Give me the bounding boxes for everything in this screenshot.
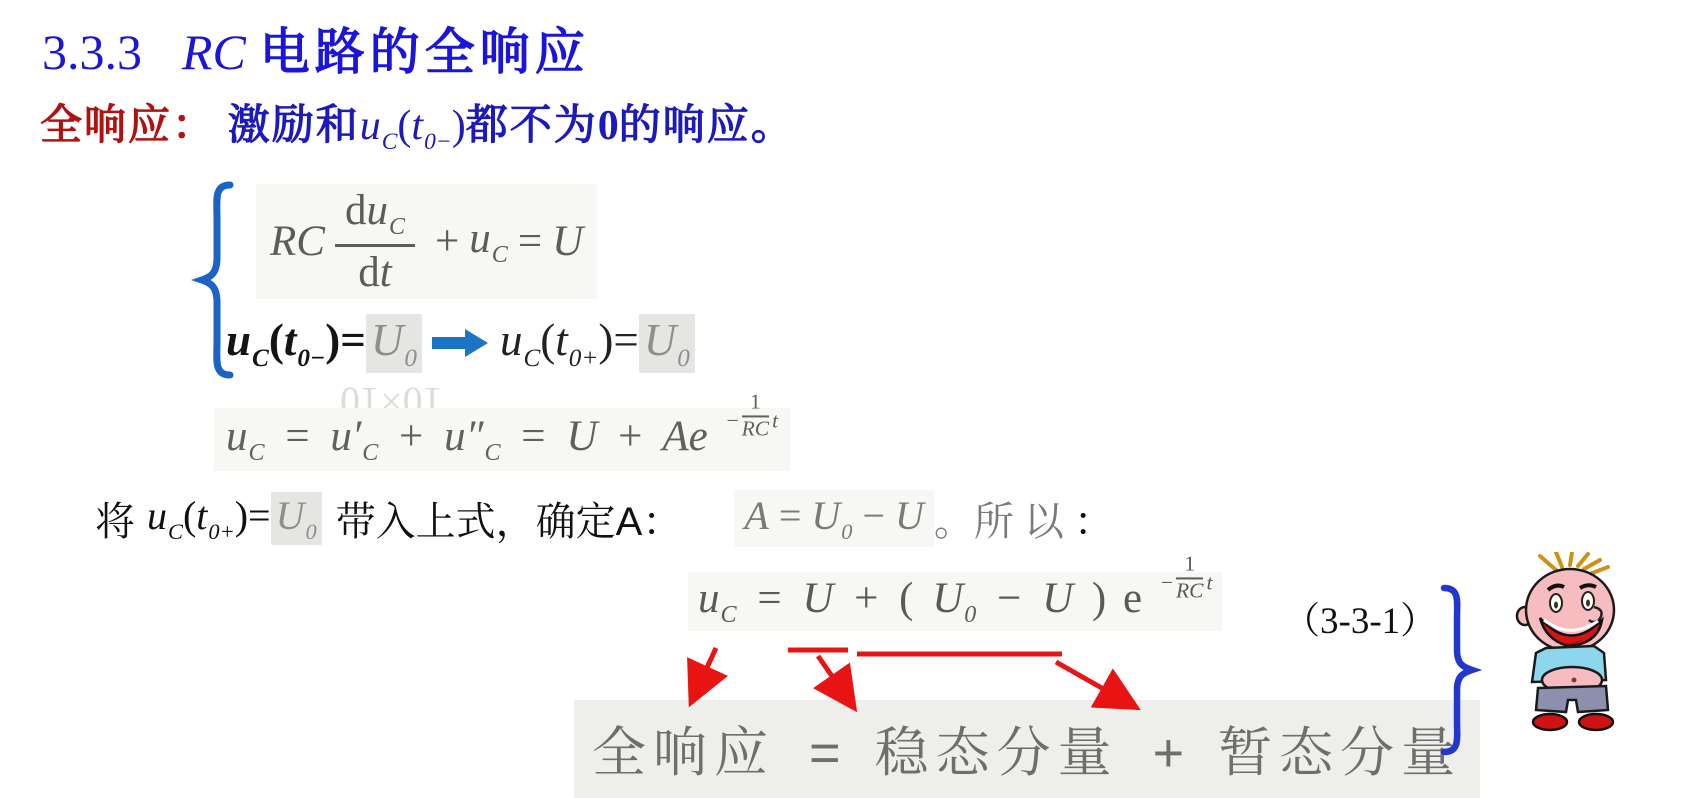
U-symbol: U [1042,575,1073,622]
cartoon-shoe [1579,714,1613,730]
exponent-fraction: 1RC [742,391,769,439]
U-subscript: 0 [404,345,417,372]
u-subscript: C [523,345,540,372]
equals-operator: = [613,315,638,365]
equals-operator: = [521,413,545,460]
ode-derivative-fraction: duC dt [335,188,415,295]
u-symbol: u [366,187,388,234]
u-symbol: u [147,493,167,538]
title-text: 电路的全响应 [260,24,590,80]
u-symbol: u [500,315,523,365]
u-subscript: C [484,440,500,466]
uc-subscript: C [382,129,398,155]
t-subscript: 0+ [569,345,599,372]
cartoon-pupil [1586,600,1590,607]
U-symbol: U [811,493,840,538]
u-subscript: C [389,214,405,240]
t-subscript: 0− [297,345,325,372]
plus-operator: + [435,217,459,266]
conclusion-transient-component: 暂态分量 [1218,723,1462,783]
u-symbol: u [226,413,248,460]
equals-operator: = [779,493,802,538]
minus-operator: − [997,575,1021,622]
u-double-prime-symbol: u″ [444,413,483,460]
equals-operator: = [285,413,309,460]
u-symbol: u [226,315,251,365]
exponent-denominator: RC [742,417,769,440]
cartoon-shoe [1533,714,1567,730]
substitution-pre: 将 [95,490,135,547]
ode-numerator: duC [335,188,415,247]
u0-highlighted: U0 [366,314,422,373]
paren-close: ) [452,103,466,149]
paren-close: ) [235,493,248,538]
t-subscript: 0− [424,129,452,155]
cartoon-navel [1572,678,1577,683]
substitution-suoyi: 所以 [974,490,1074,547]
t-symbol: t [284,315,297,365]
page-title: 3.3.3 RC 电路的全响应 [42,12,590,84]
equation-tag: （3-3-1） [1283,590,1437,644]
paren-close: ) [325,315,340,365]
u-subscript: C [252,345,269,372]
red-arrow-icon-transient [1056,662,1130,704]
minus-operator: − [726,408,738,432]
definition-zero: 0 [598,103,619,149]
t-symbol: t [380,249,392,296]
U-subscript: 0 [305,519,316,544]
t-symbol: t [772,408,778,432]
equals-operator: = [518,217,542,266]
ode-uc: uC [469,214,508,269]
conclusion-line: 全响应 = 稳态分量 + 暂态分量 [574,700,1480,798]
steady-state-term: U [802,575,833,622]
t-subscript: 0+ [208,519,234,544]
uc-symbol: u [360,103,381,149]
u-subscript: C [721,602,737,628]
t-symbol: t [196,493,207,538]
equation-general-solution: uC = u′C + u″C = U + Ae −1RCt [214,408,790,471]
definition-label: 全响应： [40,101,216,148]
ode-rc: RC [270,217,325,266]
minus-operator: − [1161,570,1173,594]
definition-line: 全响应： 激励和uC(t0−)都不为0的响应。 [40,92,795,156]
ode-denominator: dt [335,247,415,296]
equals-operator: = [809,723,841,783]
plus-operator: + [1153,723,1185,783]
brace-right-icon [1428,584,1492,756]
equals-operator: = [340,315,366,365]
paren-open: ( [899,575,913,622]
U-symbol: U [895,493,924,538]
period-mark: 。 [934,490,974,547]
initial-lhs: uC(t0−)= [226,314,366,373]
conclusion-full-response: 全响应 [592,723,775,783]
u0-highlighted: U0 [639,314,695,373]
U-subscript: 0 [677,345,690,372]
U-symbol: U [566,413,597,460]
U-subscript: 0 [964,602,976,628]
u-symbol: u [698,575,720,622]
cartoon-boy-illustration [1498,552,1648,752]
equation-full-response: uC = U + ( U0 − U ) e −1RCt [688,572,1222,631]
equation-ode: RC duC dt + uC = U [256,184,597,299]
A-symbol: A [744,493,768,538]
u-subscript: C [492,242,508,268]
coefficient-equation: A=U0−U [734,490,934,546]
substitution-uc: uC(t0+)= [147,492,271,544]
definition-mid: 都不为 [466,101,598,148]
exponent-denominator: RC [1176,579,1203,602]
exponent-fraction: 1RC [1176,553,1203,601]
paren-open: ( [540,315,555,365]
conclusion-steady-component: 稳态分量 [875,723,1119,783]
exponent-numerator: 1 [1176,553,1203,579]
initial-rhs: uC(t0+)= [500,314,639,373]
definition-pre: 激励和 [228,101,360,148]
t-symbol: t [411,103,423,149]
ode-rhs: U [552,217,583,266]
U-symbol: U [371,315,404,365]
d-upright: d [358,249,380,296]
d-upright: d [345,187,367,234]
equals-operator: = [248,493,271,538]
Ae-term: Ae [662,413,707,460]
paren-close: ) [1092,575,1106,622]
equals-operator: = [757,575,781,622]
U-symbol: U [276,493,305,538]
U-symbol: U [932,575,963,622]
plus-operator: + [854,575,878,622]
t-symbol: t [555,315,568,365]
substitution-line: 将 uC(t0+)= U0 带入上式，确定A： A=U0−U 。 所以 ： [95,490,1114,547]
definition-post: 的响应。 [619,101,795,148]
exponent-term: −1RCt [1161,553,1213,601]
equation-initial-condition: uC(t0−)= U0 uC(t0+)= U0 [226,314,695,373]
cartoon-pupil [1554,602,1558,609]
red-arrow-icon-full-response [694,648,716,696]
title-section-number: 3.3.3 [42,24,142,80]
paren-open: ( [397,103,411,149]
paren-open: ( [183,493,196,538]
u-subscript: C [249,440,265,466]
exponent-numerator: 1 [742,391,769,417]
u-subscript: C [168,519,183,544]
e-symbol: e [1123,575,1142,622]
substitution-mid: 带入上式，确定A： [336,490,683,547]
t-symbol: t [1206,570,1212,594]
plus-operator: + [399,413,423,460]
u-prime-symbol: u′ [330,413,361,460]
slide: { "colors": { "title_blue": "#1a15d8", "… [0,0,1695,798]
minus-operator: − [862,493,885,538]
red-arrow-icon-steady [818,656,850,702]
exponent-term: −1RCt [726,391,778,439]
u-subscript: C [362,440,378,466]
plus-operator: + [618,413,642,460]
u-symbol: u [469,215,491,262]
paren-open: ( [269,315,284,365]
u0-highlighted: U0 [271,492,322,544]
cartoon-pants [1536,686,1608,712]
title-rc: RC [182,24,246,80]
definition-uc: uC(t0−) [360,103,466,149]
blue-block-arrow-icon [432,327,490,359]
paren-close: ) [598,315,613,365]
U-symbol: U [644,315,677,365]
U-subscript: 0 [841,519,852,544]
colon-mark: ： [1074,490,1114,547]
